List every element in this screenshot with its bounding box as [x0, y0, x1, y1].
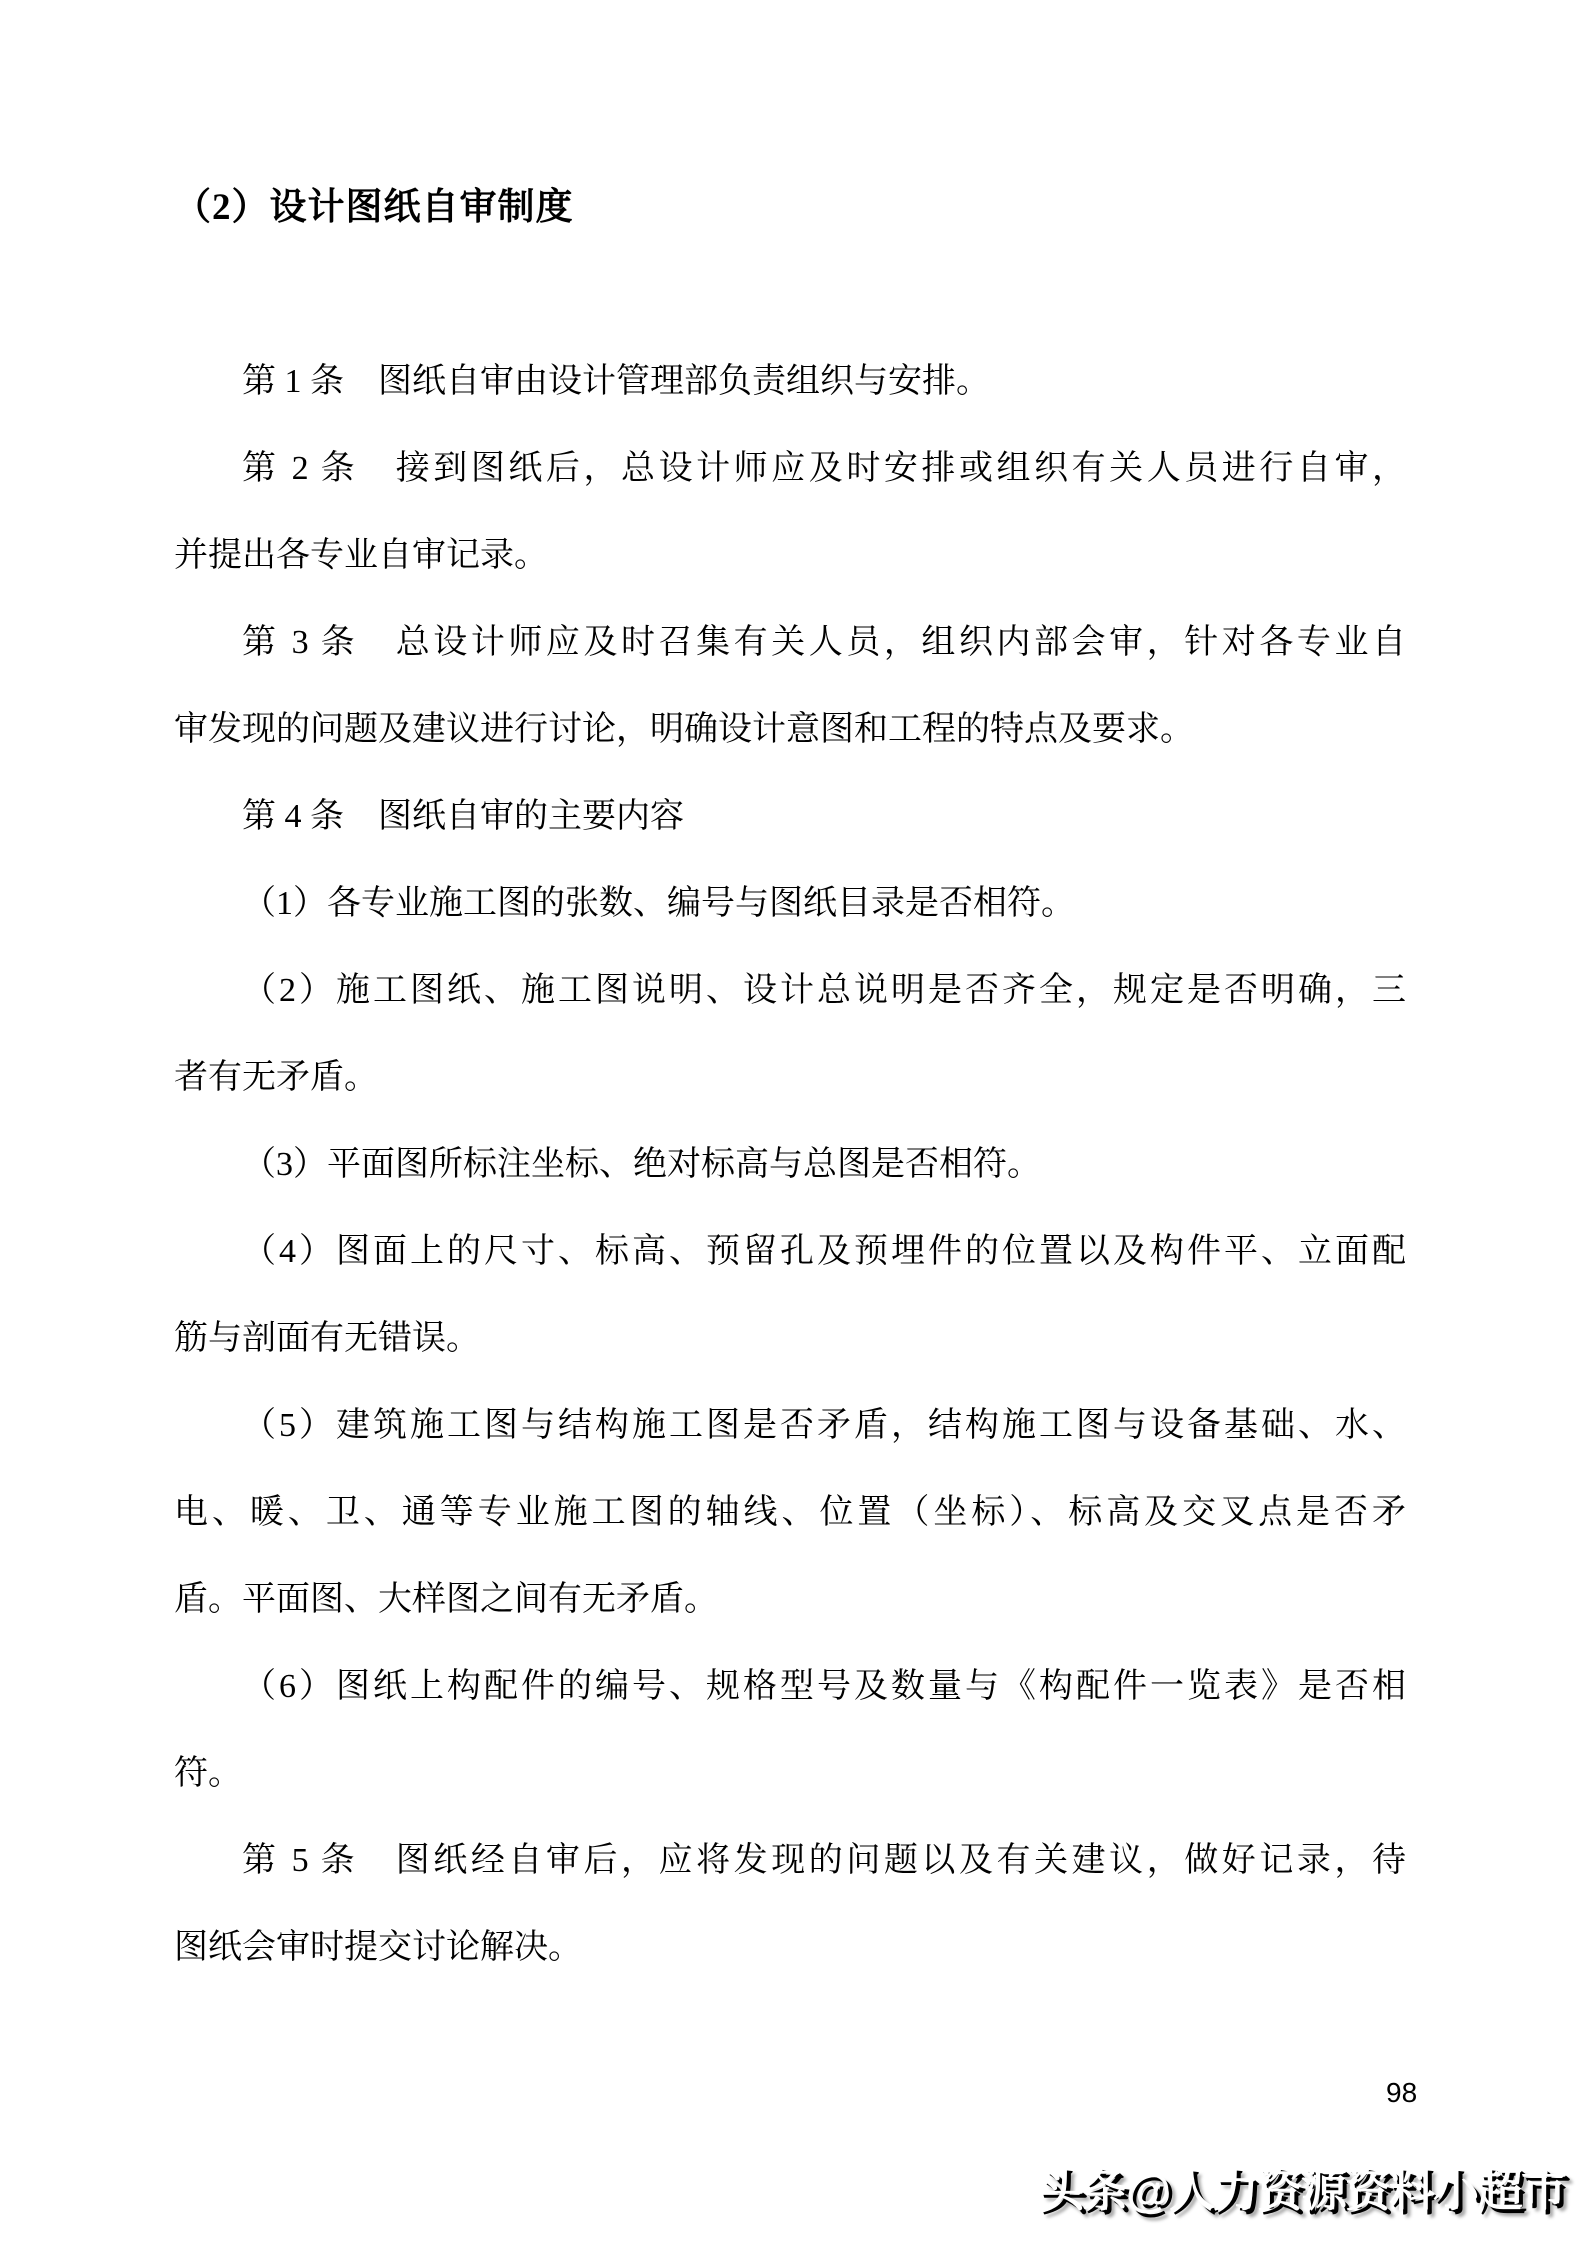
text-line: 第 1 条 图纸自审由设计管理部负责组织与安排。: [174, 338, 1406, 425]
text-line: 符。: [174, 1730, 1406, 1817]
text-line: （2）施工图纸、施工图说明、设计总说明是否齐全，规定是否明确，三: [174, 947, 1406, 1034]
text-line: （4）图面上的尺寸、标高、预留孔及预埋件的位置以及构件平、立面配: [174, 1208, 1406, 1295]
text-line: 审发现的问题及建议进行讨论，明确设计意图和工程的特点及要求。: [174, 686, 1406, 773]
watermark-text: 头条@人力资源资料小超市: [1042, 2171, 1569, 2217]
text-line: 第 4 条 图纸自审的主要内容: [174, 773, 1406, 860]
text-line: （6）图纸上构配件的编号、规格型号及数量与《构配件一览表》是否相: [174, 1643, 1406, 1730]
document-page: （2）设计图纸自审制度 第 1 条 图纸自审由设计管理部负责组织与安排。第 2 …: [0, 0, 1587, 2245]
document-body: 第 1 条 图纸自审由设计管理部负责组织与安排。第 2 条 接到图纸后，总设计师…: [174, 338, 1406, 1991]
section-title: （2）设计图纸自审制度: [174, 188, 574, 229]
text-line: （5）建筑施工图与结构施工图是否矛盾，结构施工图与设备基础、水、: [174, 1382, 1406, 1469]
text-line: （1）各专业施工图的张数、编号与图纸目录是否相符。: [174, 860, 1406, 947]
text-line: 并提出各专业自审记录。: [174, 512, 1406, 599]
text-line: 第 5 条 图纸经自审后，应将发现的问题以及有关建议，做好记录，待: [174, 1817, 1406, 1904]
text-line: 盾。平面图、大样图之间有无矛盾。: [174, 1556, 1406, 1643]
text-line: 第 2 条 接到图纸后，总设计师应及时安排或组织有关人员进行自审，: [174, 425, 1406, 512]
text-line: 筋与剖面有无错误。: [174, 1295, 1406, 1382]
text-line: 电、暖、卫、通等专业施工图的轴线、位置（坐标）、标高及交叉点是否矛: [174, 1469, 1406, 1556]
text-line: （3）平面图所标注坐标、绝对标高与总图是否相符。: [174, 1121, 1406, 1208]
text-line: 第 3 条 总设计师应及时召集有关人员，组织内部会审，针对各专业自: [174, 599, 1406, 686]
text-line: 者有无矛盾。: [174, 1034, 1406, 1121]
text-line: 图纸会审时提交讨论解决。: [174, 1904, 1406, 1991]
page-number: 98: [1386, 2078, 1417, 2109]
